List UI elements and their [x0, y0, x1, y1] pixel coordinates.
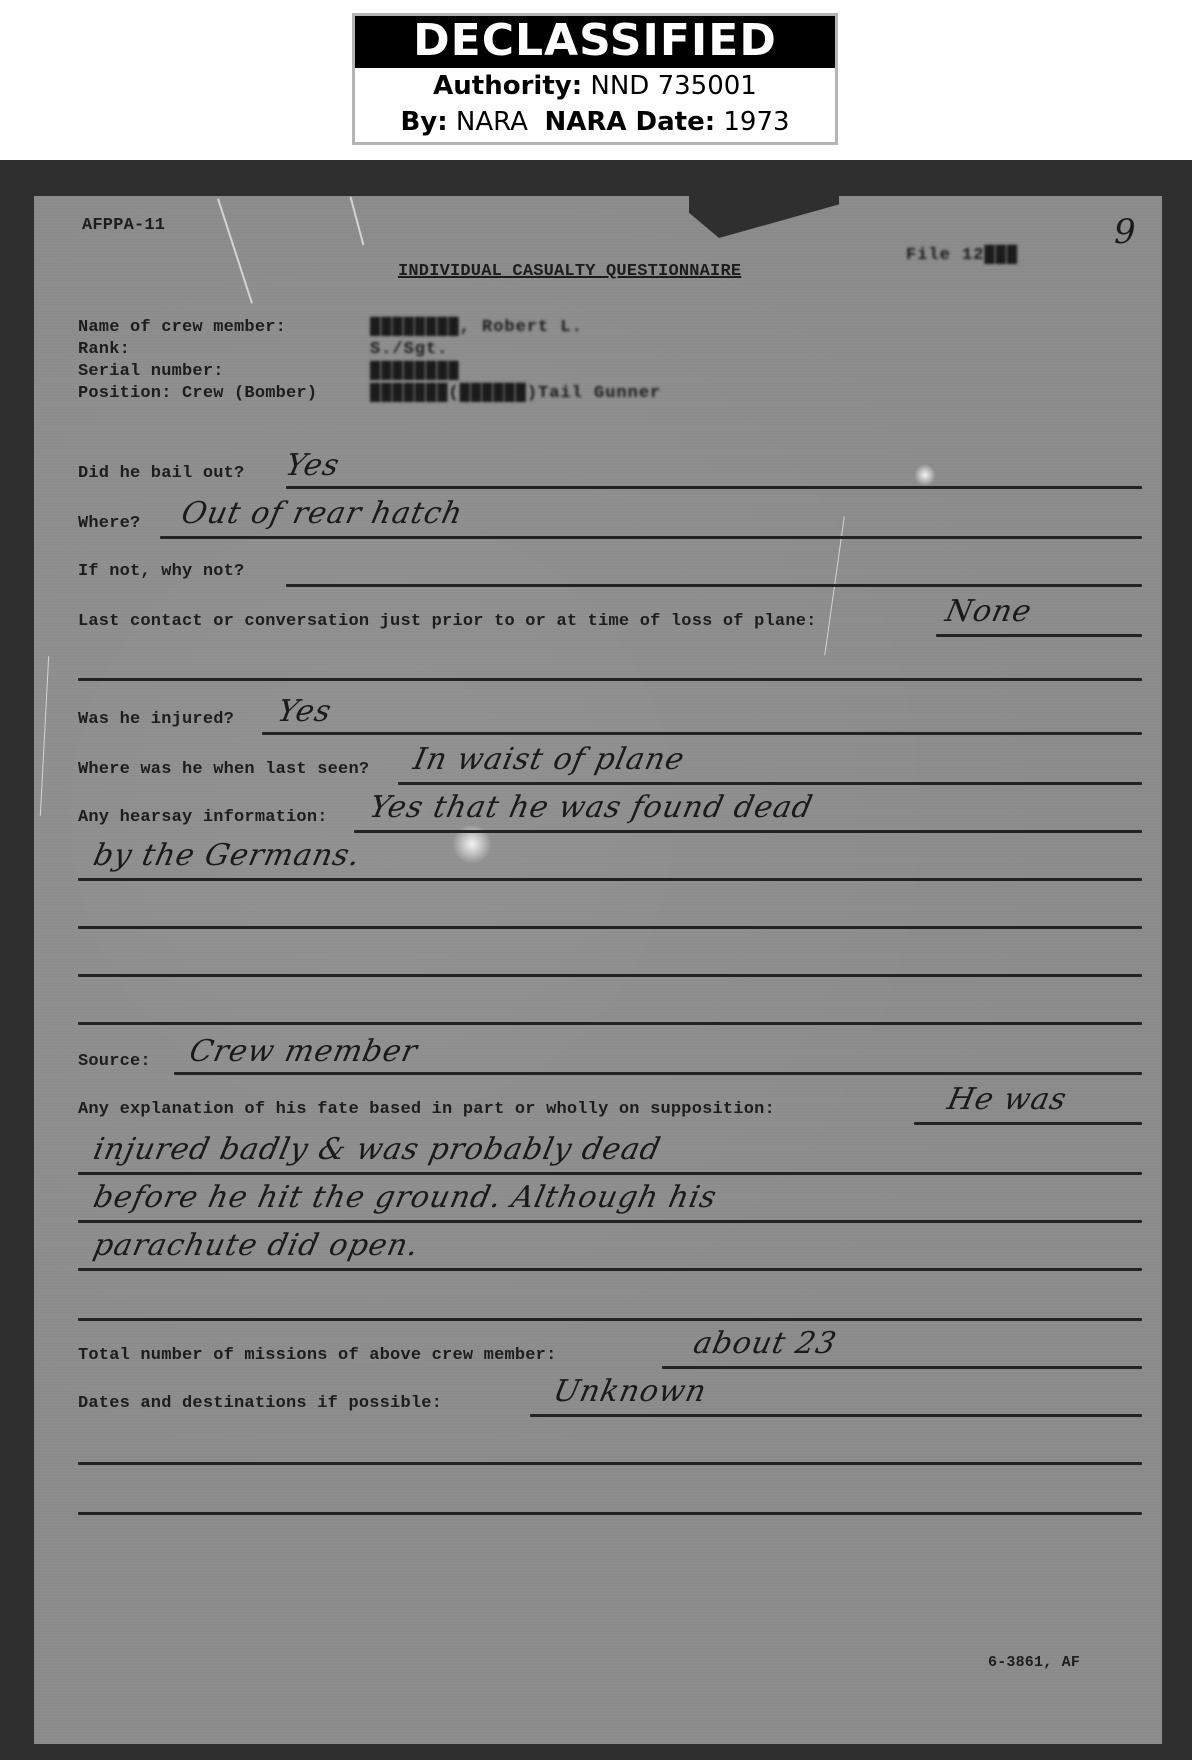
answer-line — [936, 634, 1142, 637]
answer-line — [78, 1462, 1142, 1465]
serial-label: Serial number: — [78, 362, 224, 381]
last-seen-answer: In waist of plane — [410, 742, 688, 777]
last-contact-label: Last contact or conversation just prior … — [78, 612, 817, 631]
last-seen-label: Where was he when last seen? — [78, 760, 369, 779]
missions-label: Total number of missions of above crew m… — [78, 1346, 556, 1365]
answer-line — [78, 1022, 1142, 1025]
explanation-answer-line1: He was — [944, 1082, 1070, 1117]
bail-out-answer: Yes — [282, 448, 343, 483]
last-contact-answer: None — [942, 594, 1035, 629]
file-number: File 12███ — [906, 246, 1018, 265]
explanation-answer-line4: parachute did open. — [90, 1228, 422, 1263]
name-value: ████████, Robert L. — [370, 318, 583, 337]
by-value: NARA — [456, 107, 528, 137]
scratch-mark — [40, 656, 49, 816]
answer-line — [78, 678, 1142, 681]
if-not-label: If not, why not? — [78, 562, 244, 581]
injured-label: Was he injured? — [78, 710, 234, 729]
serial-value: ████████ — [370, 362, 460, 381]
stamp-authority: Authority: NND 735001 — [355, 68, 835, 104]
answer-line — [286, 584, 1142, 587]
declassified-stamp: DECLASSIFIED Authority: NND 735001 By: N… — [352, 13, 838, 145]
by-label: By: — [400, 107, 447, 137]
position-value: ███████(██████)Tail Gunner — [370, 384, 661, 403]
answer-line — [262, 732, 1142, 735]
answer-line — [78, 1172, 1142, 1175]
name-label: Name of crew member: — [78, 318, 286, 337]
injured-answer: Yes — [274, 694, 335, 729]
authority-value: NND 735001 — [590, 71, 756, 101]
position-label: Position: Crew (Bomber) — [78, 384, 317, 403]
answer-line — [530, 1414, 1142, 1417]
source-label: Source: — [78, 1052, 151, 1071]
page-number: 9 — [1114, 212, 1136, 252]
explanation-answer-line3: before he hit the ground. Although his — [90, 1180, 720, 1215]
stamp-by-date: By: NARA NARA Date: 1973 — [355, 104, 835, 140]
where-label: Where? — [78, 514, 140, 533]
date-value: 1973 — [723, 107, 789, 137]
hearsay-answer-line1: Yes that he was found dead — [366, 790, 816, 825]
where-answer: Out of rear hatch — [178, 496, 466, 531]
glare-spot — [914, 464, 936, 486]
answer-line — [662, 1366, 1142, 1369]
answer-line — [286, 486, 1142, 489]
rank-label: Rank: — [78, 340, 130, 359]
answer-line — [78, 974, 1142, 977]
date-label: NARA Date: — [544, 107, 715, 137]
answer-line — [78, 1512, 1142, 1515]
answer-line — [398, 782, 1142, 785]
footer-code: 6-3861, AF — [988, 1654, 1080, 1671]
answer-line — [78, 1220, 1142, 1223]
answer-line — [78, 878, 1142, 881]
source-answer: Crew member — [186, 1034, 421, 1069]
explanation-label: Any explanation of his fate based in par… — [78, 1100, 775, 1119]
hearsay-answer-line2: by the Germans. — [90, 838, 363, 873]
answer-line — [174, 1072, 1142, 1075]
torn-corner — [689, 196, 839, 238]
form-title: INDIVIDUAL CASUALTY QUESTIONNAIRE — [398, 262, 741, 281]
form-paper: AFPPA-11 9 INDIVIDUAL CASUALTY QUESTIONN… — [34, 196, 1162, 1744]
stamp-heading: DECLASSIFIED — [355, 16, 835, 68]
bail-out-label: Did he bail out? — [78, 464, 244, 483]
missions-answer: about 23 — [690, 1326, 840, 1361]
answer-line — [160, 536, 1142, 539]
scratch-mark — [350, 197, 365, 246]
answer-line — [914, 1122, 1142, 1125]
answer-line — [78, 926, 1142, 929]
answer-line — [78, 1318, 1142, 1321]
answer-line — [78, 1268, 1142, 1271]
answer-line — [354, 830, 1142, 833]
dates-label: Dates and destinations if possible: — [78, 1394, 442, 1413]
dates-answer: Unknown — [550, 1374, 710, 1409]
authority-label: Authority: — [433, 71, 582, 101]
form-id: AFPPA-11 — [82, 216, 165, 235]
rank-value: S./Sgt. — [370, 340, 448, 359]
explanation-answer-line2: injured badly & was probably dead — [90, 1132, 664, 1167]
hearsay-label: Any hearsay information: — [78, 808, 328, 827]
scanned-document: AFPPA-11 9 INDIVIDUAL CASUALTY QUESTIONN… — [0, 160, 1192, 1760]
scratch-mark — [217, 198, 253, 303]
